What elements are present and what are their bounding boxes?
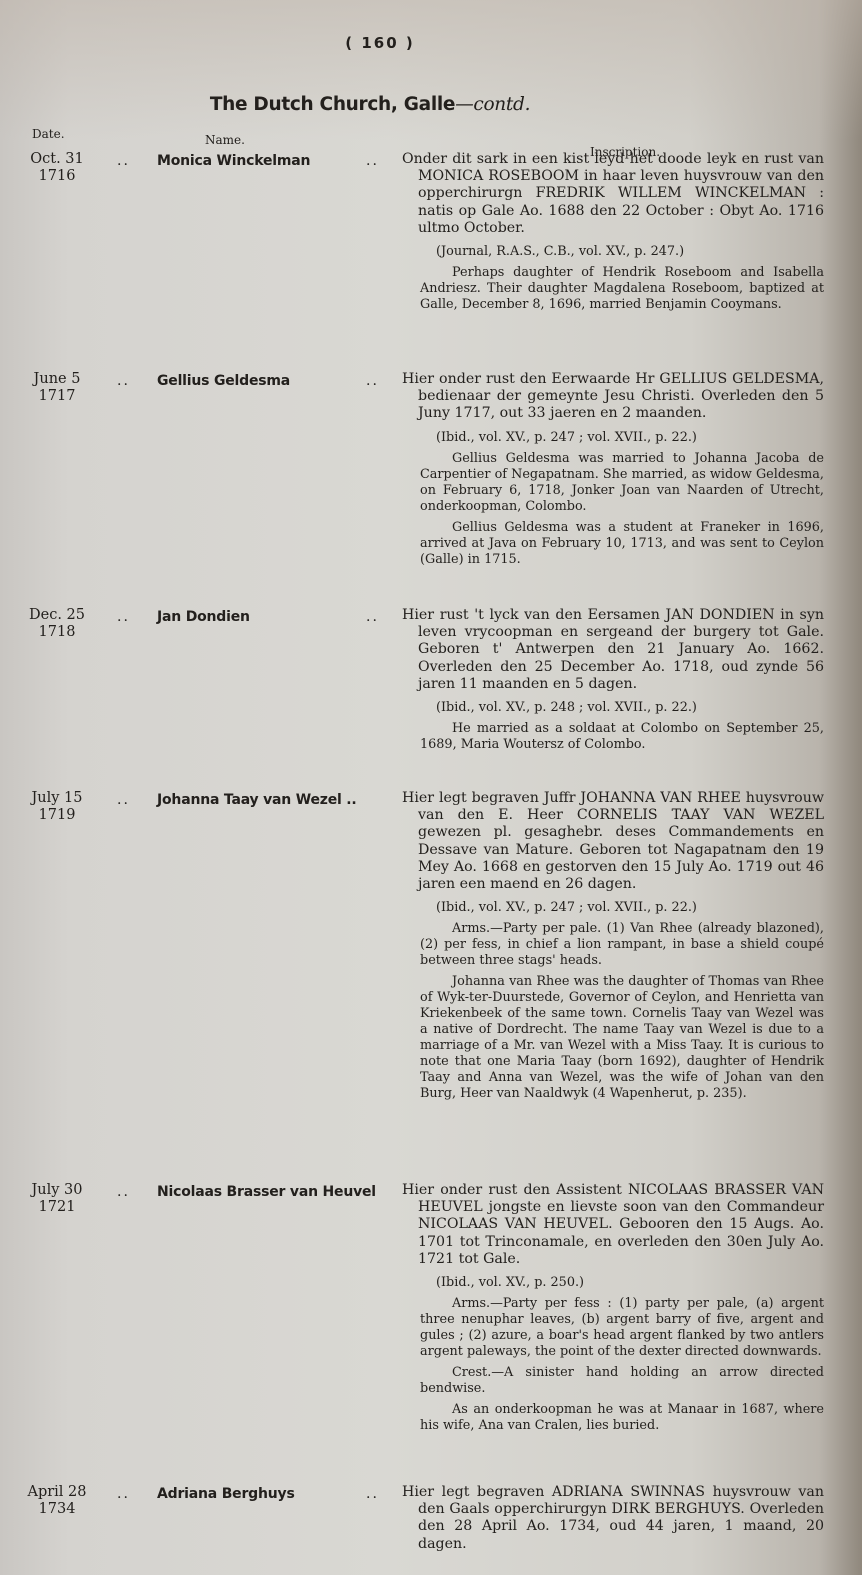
entry-date-year: 1719 <box>24 807 90 824</box>
entry-date-day: Oct. 31 <box>24 151 90 168</box>
reference-citation: (Ibid., vol. XV., p. 248 ; vol. XVII., p… <box>402 699 824 716</box>
entry-note: Johanna van Rhee was the daughter of Tho… <box>402 974 824 1102</box>
entry-date: July 151719 <box>24 790 90 824</box>
entry-text: Hier legt begraven ADRIANA SWINNAS huysv… <box>402 1484 824 1553</box>
entry-date-day: Dec. 25 <box>24 607 90 624</box>
entry-name: Jan Dondien <box>157 609 250 625</box>
column-header-date: Date. <box>32 127 65 141</box>
entry-date-day: July 15 <box>24 790 90 807</box>
leader-dots: .. <box>117 1486 130 1502</box>
entry-date-day: June 5 <box>24 371 90 388</box>
entry-note: Gellius Geldesma was married to Johanna … <box>402 451 824 515</box>
entry-text: Onder dit sark in een kist leyd het dood… <box>402 151 824 313</box>
entry-date-year: 1716 <box>24 168 90 185</box>
entry-name: Monica Winckelman <box>157 153 310 169</box>
title-suffix: —contd. <box>455 94 530 115</box>
leader-dots: .. <box>117 373 130 389</box>
leader-dots: .. <box>366 153 379 169</box>
reference-citation: (Ibid., vol. XV., p. 250.) <box>402 1274 824 1291</box>
entry-date-year: 1734 <box>24 1501 90 1518</box>
inscription-text: Hier onder rust den Assistent NICOLAAS B… <box>402 1182 824 1268</box>
entry-date-day: April 28 <box>24 1484 90 1501</box>
entry-date: April 281734 <box>24 1484 90 1518</box>
leader-dots: .. <box>117 609 130 625</box>
leader-dots: .. <box>117 1184 130 1200</box>
inscription-text: Hier legt begraven ADRIANA SWINNAS huysv… <box>402 1484 824 1553</box>
reference-citation: (Ibid., vol. XV., p. 247 ; vol. XVII., p… <box>402 429 824 446</box>
leader-dots: .. <box>366 1486 379 1502</box>
entry-date: Dec. 251718 <box>24 607 90 641</box>
leader-dots: .. <box>117 153 130 169</box>
title-main: The Dutch Church, Galle <box>210 94 455 115</box>
entry-date: July 301721 <box>24 1182 90 1216</box>
page-number: ( 160 ) <box>0 34 760 52</box>
entry-note: Gellius Geldesma was a student at Franek… <box>402 520 824 568</box>
entry-name: Nicolaas Brasser van Heuvel <box>157 1184 376 1200</box>
entry-date-year: 1721 <box>24 1199 90 1216</box>
entry-note: Crest.—A sinister hand holding an arrow … <box>402 1365 824 1397</box>
entry-date-year: 1717 <box>24 388 90 405</box>
page-shading <box>0 0 862 140</box>
page-title: The Dutch Church, Galle—contd. <box>0 94 740 115</box>
column-header-name: Name. <box>205 133 245 147</box>
entry-name: Gellius Geldesma <box>157 373 290 389</box>
inscription-text: Onder dit sark in een kist leyd het dood… <box>402 151 824 237</box>
entry-text: Hier onder rust den Assistent NICOLAAS B… <box>402 1182 824 1434</box>
entry-date: June 51717 <box>24 371 90 405</box>
reference-citation: (Journal, R.A.S., C.B., vol. XV., p. 247… <box>402 243 824 260</box>
leader-dots: .. <box>366 609 379 625</box>
reference-citation: (Ibid., vol. XV., p. 247 ; vol. XVII., p… <box>402 899 824 916</box>
entry-date: Oct. 311716 <box>24 151 90 185</box>
entry-note: Arms.—Party per pale. (1) Van Rhee (alre… <box>402 921 824 969</box>
entry-name: Adriana Berghuys <box>157 1486 295 1502</box>
entry-text: Hier onder rust den Eerwaarde Hr GELLIUS… <box>402 371 824 568</box>
leader-dots: .. <box>366 373 379 389</box>
entry-note: Arms.—Party per fess : (1) party per pal… <box>402 1296 824 1360</box>
entry-name: Johanna Taay van Wezel .. <box>157 792 357 808</box>
inscription-text: Hier onder rust den Eerwaarde Hr GELLIUS… <box>402 371 824 423</box>
inscription-text: Hier rust 't lyck van den Eersamen JAN D… <box>402 607 824 693</box>
entry-note: As an onderkoopman he was at Manaar in 1… <box>402 1402 824 1434</box>
entry-note: He married as a soldaat at Colombo on Se… <box>402 721 824 753</box>
leader-dots: .. <box>117 792 130 808</box>
entry-note: Perhaps daughter of Hendrik Roseboom and… <box>402 265 824 313</box>
inscription-text: Hier legt begraven Juffr JOHANNA VAN RHE… <box>402 790 824 893</box>
entry-text: Hier legt begraven Juffr JOHANNA VAN RHE… <box>402 790 824 1102</box>
entry-date-year: 1718 <box>24 624 90 641</box>
entry-date-day: July 30 <box>24 1182 90 1199</box>
entry-text: Hier rust 't lyck van den Eersamen JAN D… <box>402 607 824 753</box>
